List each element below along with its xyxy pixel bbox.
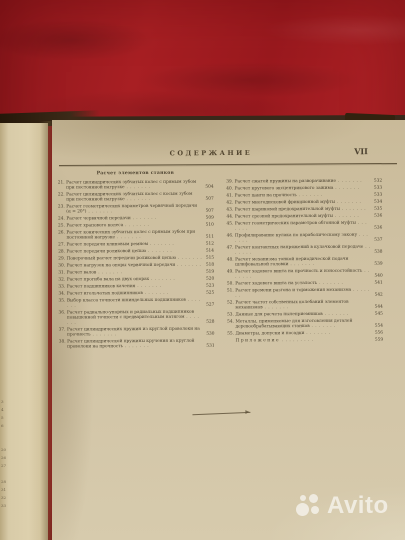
- entry-page: 525: [203, 290, 215, 295]
- entry-title: Расчет цилиндрических пружин из круглой …: [67, 326, 203, 337]
- entry-number: 34.: [58, 291, 67, 296]
- folio-number: VII: [354, 146, 368, 156]
- entry-number: 48.: [226, 257, 235, 267]
- toc-left-column: Расчет элементов станков 21. Расчет цили…: [57, 170, 215, 351]
- entry-title: Расчет времени разгона и торможения меха…: [235, 287, 371, 298]
- toc-right-entries: 39. Расчет сжатой пружины на разворачива…: [226, 178, 383, 336]
- facing-page-number: [1, 430, 6, 438]
- toc-entry: 46. Профилирование кулака по параболичес…: [226, 232, 383, 243]
- entry-page: 536: [371, 225, 383, 230]
- entry-page: 518: [203, 262, 215, 267]
- contents-page: СОДЕРЖАНИЕ VII Расчет элементов станков …: [52, 120, 405, 540]
- entry-title: Расчет цилиндрической пружины кручения и…: [67, 338, 203, 349]
- entry-title: Расчет многодисковой фрикционной муфты: [235, 199, 371, 205]
- entry-number: 33.: [58, 284, 67, 289]
- avito-watermark: Avito: [296, 492, 389, 520]
- toc-entry: 55. Диаметры, допуски и посадки 556: [227, 330, 384, 336]
- toc-entry: 27. Расчет передачи клиновым ремнем 512: [57, 241, 214, 247]
- entry-title: Расчет цилиндрических зубчатых колес с п…: [66, 179, 202, 190]
- entry-page: 511: [202, 234, 214, 239]
- page-content: СОДЕРЖАНИЕ VII Расчет элементов станков …: [51, 119, 405, 540]
- toc-entry: 41. Расчет цанги на прочность 533: [226, 192, 383, 198]
- facing-page-number: 3: [1, 398, 6, 406]
- entry-number: 30.: [58, 263, 67, 268]
- entry-page: 520: [203, 276, 215, 281]
- toc-entry: 38. Расчет цилиндрической пружины кручен…: [58, 338, 215, 349]
- toc-entry: 28. Расчет передачи роликовой цепью 514: [58, 248, 215, 254]
- facing-page-number: 5: [1, 414, 6, 422]
- entry-number: 36.: [58, 310, 67, 325]
- entry-number: [227, 338, 236, 343]
- entry-title: Расчет цанги на прочность: [235, 192, 371, 198]
- toc-entry: 52. Расчет частот собственных колебаний …: [226, 299, 383, 310]
- entry-title: Расчет геометрических параметров обгонно…: [235, 220, 371, 231]
- entry-title: Расчет червячной передачи: [66, 215, 202, 221]
- page-title: СОДЕРЖАНИЕ: [51, 148, 371, 158]
- entry-page: 539: [371, 261, 383, 266]
- entry-title: Расчет валов: [67, 269, 203, 275]
- facing-page-number: 32: [1, 494, 6, 502]
- entry-title: Поверочный расчет передачи роликовой цеп…: [67, 255, 203, 261]
- toc-entry: 48. Расчет механизма тонкой периодическо…: [226, 256, 383, 267]
- entry-number: 39.: [226, 179, 235, 184]
- facing-page-number: 28: [1, 478, 6, 486]
- entry-title: Расчет механизма тонкой периодической по…: [235, 256, 371, 267]
- entry-number: 46.: [226, 233, 235, 243]
- entry-title: Расчет конических зубчатых колес с прямы…: [66, 229, 202, 240]
- toc-entry: 44. Расчет срезной предохранительной муф…: [226, 213, 383, 219]
- entry-number: 42.: [226, 200, 235, 205]
- entry-title: Расчет срезной предохранительной муфты: [235, 213, 371, 219]
- toc-entry: 26. Расчет конических зубчатых колес с п…: [57, 229, 214, 240]
- entry-page: 514: [202, 248, 214, 253]
- entry-title: Диаметры, допуски и посадки: [236, 330, 372, 336]
- toc-entry: 30. Расчет нагрузок на опоры червячной п…: [58, 262, 215, 268]
- entry-title: Расчет частот собственных колебаний элем…: [235, 299, 371, 310]
- entry-page: 544: [371, 304, 383, 309]
- toc-entry: 23. Расчет геометрических параметров чер…: [57, 203, 214, 214]
- toc-entry: 33. Расчет подшипников качения 523: [58, 283, 215, 289]
- entry-number: 41.: [226, 193, 235, 198]
- appendix-page: 559: [372, 337, 384, 342]
- entry-page: 541: [371, 280, 383, 285]
- entry-page: 507: [202, 196, 214, 201]
- toc-entry: 53. Данные для расчета пылеприемников 54…: [226, 311, 383, 317]
- toc-entry: 35. Выбор класса точности шпиндельных по…: [58, 297, 215, 308]
- appendix-title: Приложение: [236, 337, 372, 343]
- entry-page: 556: [372, 330, 384, 335]
- entry-number: 35.: [58, 298, 67, 308]
- entry-number: 52.: [226, 300, 235, 310]
- header-rule: [59, 163, 397, 166]
- toc-entry: 45. Расчет геометрических параметров обг…: [226, 220, 383, 231]
- entry-number: 47.: [226, 245, 235, 255]
- facing-page-number: 31: [1, 486, 6, 494]
- entry-number: 26.: [57, 230, 66, 240]
- entry-title: Металлы, применяемые для изготовления де…: [235, 318, 371, 329]
- entry-title: Расчет прогиба вала на двух опорах: [67, 276, 203, 282]
- entry-page: 527: [203, 302, 215, 307]
- entry-title: Расчет геометрических параметров червячн…: [66, 203, 202, 214]
- entry-number: 45.: [226, 221, 235, 231]
- entry-number: 51.: [226, 288, 235, 298]
- toc-entry: 43. Расчет шариковой предохранительной м…: [226, 206, 383, 212]
- toc-entry: 29. Поверочный расчет передачи роликовой…: [58, 255, 215, 261]
- toc-entry: 21. Расчет цилиндрических зубчатых колес…: [57, 179, 214, 190]
- entry-page: 515: [203, 255, 215, 260]
- entry-title: Расчет нагрузок на опоры червячной перед…: [67, 262, 203, 268]
- entry-title: Профилирование кулака по параболическому…: [235, 232, 371, 243]
- entry-number: 44.: [226, 214, 235, 219]
- entry-title: Расчет храпового колеса: [66, 222, 202, 228]
- entry-number: 32.: [58, 277, 67, 282]
- facing-page-number: 26: [1, 454, 6, 462]
- entry-page: 510: [202, 222, 214, 227]
- entry-title: Расчет цилиндрических зубчатых колес с к…: [66, 191, 202, 202]
- entry-title: Расчет контактных напряжений в кулачково…: [235, 244, 371, 255]
- toc-entry: 37. Расчет цилиндрических пружин из круг…: [58, 326, 215, 337]
- toc-entry: 40. Расчет кругового эксцентрикового заж…: [226, 185, 383, 191]
- facing-page-number: [1, 470, 6, 478]
- toc-entry: 31. Расчет валов 519: [58, 269, 215, 275]
- entry-page: 542: [371, 292, 383, 297]
- facing-page-number: 20: [1, 446, 6, 454]
- entry-page: 523: [203, 283, 215, 288]
- pencil-mark-annotation: [192, 412, 250, 419]
- entry-number: 55.: [227, 331, 236, 336]
- entry-page: 507: [202, 208, 214, 213]
- entry-title: Данные для расчета пылеприемников: [235, 311, 371, 317]
- toc-entry: 50. Расчет ходового винта на усталость 5…: [226, 280, 383, 286]
- entry-title: Расчет подшипников качения: [67, 283, 203, 289]
- entry-title: Выбор класса точности шпиндельных подшип…: [67, 297, 203, 308]
- entry-title: Расчет радиально-упорных и радиальных по…: [67, 309, 203, 325]
- facing-page-numbers: 3 4 5 6 20 26 27 28 31 32 33: [1, 398, 6, 510]
- entry-page: 533: [371, 192, 383, 197]
- entry-title: Расчет передачи роликовой цепью: [67, 248, 203, 254]
- entry-page: 538: [371, 249, 383, 254]
- entry-page: 545: [371, 311, 383, 316]
- entry-number: 28.: [58, 249, 67, 254]
- entry-number: 25.: [57, 223, 66, 228]
- entry-page: 528: [203, 319, 215, 324]
- book-photo: 3 4 5 6 20 26 27 28 31 32 33 С: [0, 0, 405, 540]
- entry-page: 519: [203, 269, 215, 274]
- facing-page-number: 6: [1, 422, 6, 430]
- entry-page: 540: [371, 273, 383, 278]
- facing-page-number: [1, 438, 6, 446]
- entry-title: Расчет передачи клиновым ремнем: [66, 241, 202, 247]
- entry-page: 504: [202, 184, 214, 189]
- entry-title: Расчет игольчатых подшипников: [67, 290, 203, 296]
- red-cloth-background: [0, 0, 405, 122]
- entry-number: 49.: [226, 269, 235, 279]
- toc-entry: 49. Расчет ходового винта на прочность и…: [226, 268, 383, 279]
- entry-number: 50.: [226, 281, 235, 286]
- entry-page: 536: [371, 213, 383, 218]
- toc-entry: 36. Расчет радиально-упорных и радиальны…: [58, 309, 215, 325]
- toc-columns: Расчет элементов станков 21. Расчет цили…: [57, 169, 394, 416]
- entry-number: 21.: [57, 180, 66, 190]
- entry-page: 537: [371, 237, 383, 242]
- entry-title: Расчет сжатой пружины на разворачивание: [235, 178, 371, 184]
- entry-page: 533: [371, 185, 383, 190]
- toc-entry: 32. Расчет прогиба вала на двух опорах 5…: [58, 276, 215, 282]
- entry-title: Расчет ходового винта на прочность и изн…: [235, 268, 371, 279]
- facing-page-number: 27: [1, 462, 6, 470]
- entry-page: 534: [371, 199, 383, 204]
- toc-entry: 24. Расчет червячной передачи 509: [57, 215, 214, 221]
- facing-page-number: 4: [1, 406, 6, 414]
- toc-left-entries: 21. Расчет цилиндрических зубчатых колес…: [57, 179, 215, 349]
- entry-number: 37.: [58, 327, 67, 337]
- toc-entry: 34. Расчет игольчатых подшипников 525: [58, 290, 215, 296]
- appendix-entry: Приложение 559: [227, 337, 384, 343]
- entry-number: 22.: [57, 192, 66, 202]
- toc-entry: 54. Металлы, применяемые для изготовлени…: [226, 318, 383, 329]
- entry-number: 23.: [57, 204, 66, 214]
- entry-number: 31.: [58, 270, 67, 275]
- entry-title: Расчет ходового винта на усталость: [235, 280, 371, 286]
- entry-page: 509: [202, 215, 214, 220]
- entry-title: Расчет шариковой предохранительной муфты: [235, 206, 371, 212]
- entry-page: 554: [371, 323, 383, 328]
- entry-number: 53.: [226, 312, 235, 317]
- toc-entry: 47. Расчет контактных напряжений в кулач…: [226, 244, 383, 255]
- entry-number: 27.: [57, 242, 66, 247]
- entry-page: 512: [202, 241, 214, 246]
- toc-entry: 42. Расчет многодисковой фрикционной муф…: [226, 199, 383, 205]
- watermark-brand: Avito: [327, 492, 389, 520]
- entry-number: 24.: [57, 216, 66, 221]
- section-heading: Расчет элементов станков: [57, 170, 214, 176]
- entry-title: Расчет кругового эксцентрикового зажима: [235, 185, 371, 191]
- toc-entry: 25. Расчет храпового колеса 510: [57, 222, 214, 228]
- entry-page: 532: [371, 178, 383, 183]
- entry-page: 531: [203, 343, 215, 348]
- entry-page: 530: [203, 331, 215, 336]
- toc-entry: 51. Расчет времени разгона и торможения …: [226, 287, 383, 298]
- entry-number: 40.: [226, 186, 235, 191]
- entry-number: 43.: [226, 207, 235, 212]
- toc-right-column: 39. Расчет сжатой пружины на разворачива…: [226, 169, 384, 350]
- entry-number: 29.: [58, 256, 67, 261]
- avito-logo-icon: [296, 494, 322, 518]
- facing-page-number: 33: [1, 502, 6, 510]
- entry-number: 38.: [58, 339, 67, 349]
- toc-entry: 39. Расчет сжатой пружины на разворачива…: [226, 178, 383, 184]
- entry-number: 54.: [226, 319, 235, 329]
- entry-page: 535: [371, 206, 383, 211]
- toc-entry: 22. Расчет цилиндрических зубчатых колес…: [57, 191, 214, 202]
